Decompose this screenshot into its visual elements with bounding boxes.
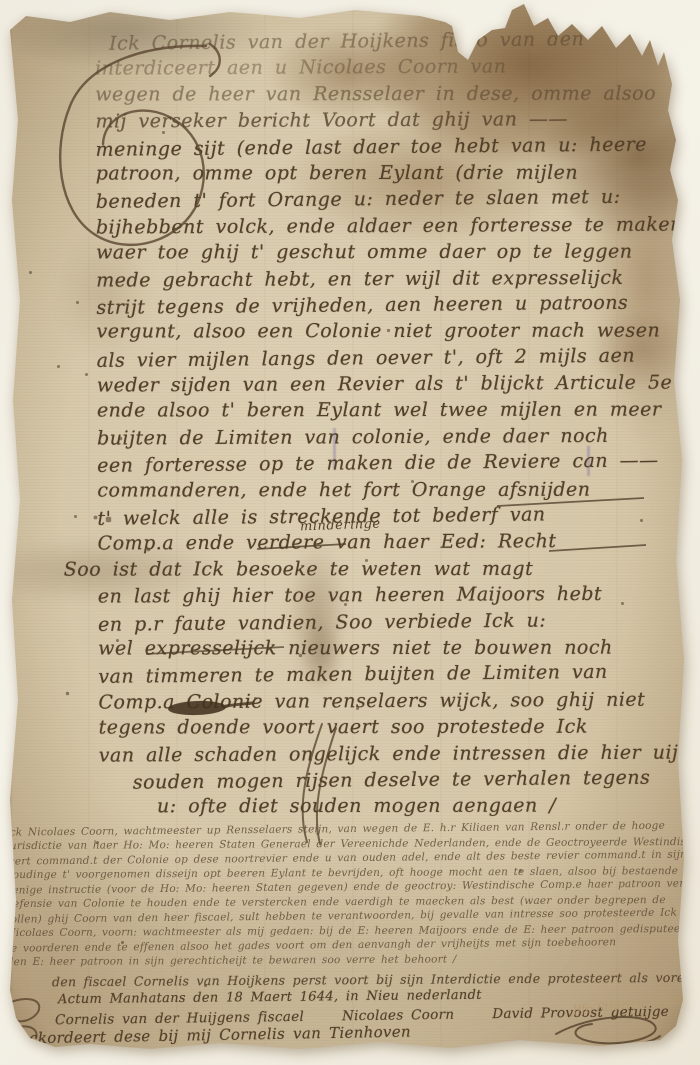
protest-line: als vier mijlen langs den oever t', oft … — [97, 342, 685, 374]
protest-line: weder sijden van een Revier als t' blijc… — [97, 370, 685, 399]
paper-sheet: Ick Cornelis van der Hoijkens fisco van … — [0, 0, 700, 1065]
protest-text-block: Ick Cornelis van der Hoijkens fisco van … — [95, 26, 687, 821]
scanner-background: { "palette": { "background": "#f2eee3", … — [0, 0, 700, 1065]
protest-line: mij verseker bericht Voort dat ghij van … — [95, 106, 683, 135]
protest-line: u: ofte diet souden mogen aengaen / — [157, 793, 687, 820]
protest-line: bijhebbent volck, ende aldaer een forter… — [96, 211, 684, 240]
protest-line: een forteresse op te maken die de Revier… — [97, 447, 685, 479]
protest-line: van alle schaden ongelijck ende intresse… — [99, 739, 687, 768]
protest-line: strijt tegens de vrijheden, aen heeren u… — [96, 289, 684, 321]
protest-line: waer toe ghij t' geschut omme daer op te… — [96, 239, 684, 266]
protest-line: patroon, omme opt beren Eylant (drie mij… — [96, 159, 684, 186]
protest-line: wegen de heer van Rensselaer in dese, om… — [95, 80, 683, 107]
protest-line: wel expresselijck nieuwers niet te bouwe… — [98, 634, 686, 661]
protest-line: Comp.a ende verdere van haer Eed: Recht — [98, 528, 686, 557]
reply-text-block: Ick Nicolaes Coorn, wachtmeester up Rens… — [5, 818, 698, 970]
protest-line: Soo ist dat Ick besoeke te weten wat mag… — [64, 555, 686, 582]
protest-line: ende alsoo t' beren Eylant wel twee mijl… — [97, 397, 685, 424]
protest-line: commanderen, ende het fort Orange afsnij… — [97, 476, 685, 503]
protest-line: vergunt, alsoo een Colonie niet grooter … — [96, 318, 684, 345]
protest-line: souden mogen rijsen deselve te verhalen … — [133, 764, 687, 796]
protest-line: en p.r faute vandien, Soo verbiede Ick u… — [98, 606, 686, 638]
protest-line: tegens doende voort vaert soo protestede… — [99, 714, 687, 741]
protest-line: meninge sijt (ende last daer toe hebt va… — [95, 131, 683, 163]
protest-line: interdiceert aen u Nicolaes Coorn van — [95, 53, 683, 82]
protest-line: mede gebracht hebt, en ter wijl dit expr… — [96, 264, 684, 293]
protest-line: en last ghij hier toe van heeren Maijoor… — [98, 581, 686, 610]
interlinear-insertion: minderinge — [300, 517, 381, 535]
manuscript-page: Ick Cornelis van der Hoijkens fisco van … — [0, 0, 700, 1065]
protest-line: Comp.a Colonie van renselaers wijck, soo… — [98, 686, 686, 715]
left-edge-crease — [8, 20, 13, 1030]
ink-specks — [0, 0, 1, 1]
